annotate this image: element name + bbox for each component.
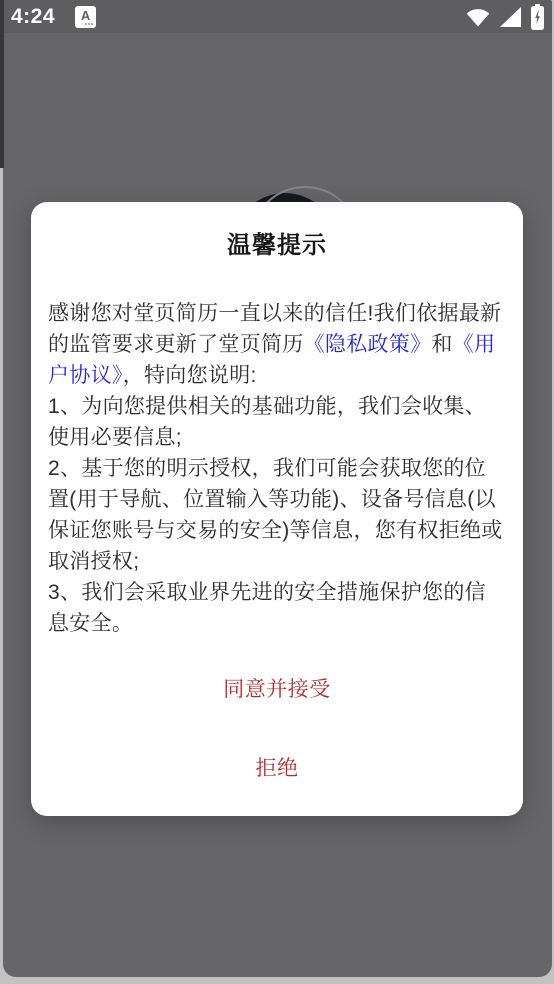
notification-app-icon: A [75,6,96,28]
underlying-window-edge [0,0,4,168]
agree-accept-button[interactable]: 同意并接受 [223,675,331,705]
body-item-2: 2、基于您的明示授权，我们可能会获取您的位置(用于导航、位置输入等功能)、设备号… [48,453,506,577]
body-conjunction-text: 和 [431,333,452,356]
dialog-body-text: 感谢您对堂页简历一直以来的信任!我们依据最新的监管要求更新了堂页简历《隐私政策》… [48,298,506,639]
wifi-icon [466,7,490,27]
status-bar-right-icons [466,4,544,30]
battery-charging-icon [531,4,544,30]
cellular-signal-icon [499,7,522,27]
reject-button[interactable]: 拒绝 [256,754,299,784]
body-item-3: 3、我们会采取业界先进的安全措施保护您的信息安全。 [48,577,506,639]
body-intro-tail-text: ，特向您说明: [123,364,257,387]
status-bar: 4:24 A [3,0,552,33]
dialog-title: 温馨提示 [48,230,506,262]
privacy-consent-dialog: 温馨提示 感谢您对堂页简历一直以来的信任!我们依据最新的监管要求更新了堂页简历《… [31,202,523,816]
notification-app-icon-dots [91,23,93,25]
body-item-1: 1、为向您提供相关的基础功能，我们会收集、使用必要信息; [48,391,506,453]
notification-app-icon-letter: A [81,9,90,22]
privacy-policy-link[interactable]: 《隐私政策》 [304,333,432,356]
clock-text: 4:24 [11,5,55,29]
